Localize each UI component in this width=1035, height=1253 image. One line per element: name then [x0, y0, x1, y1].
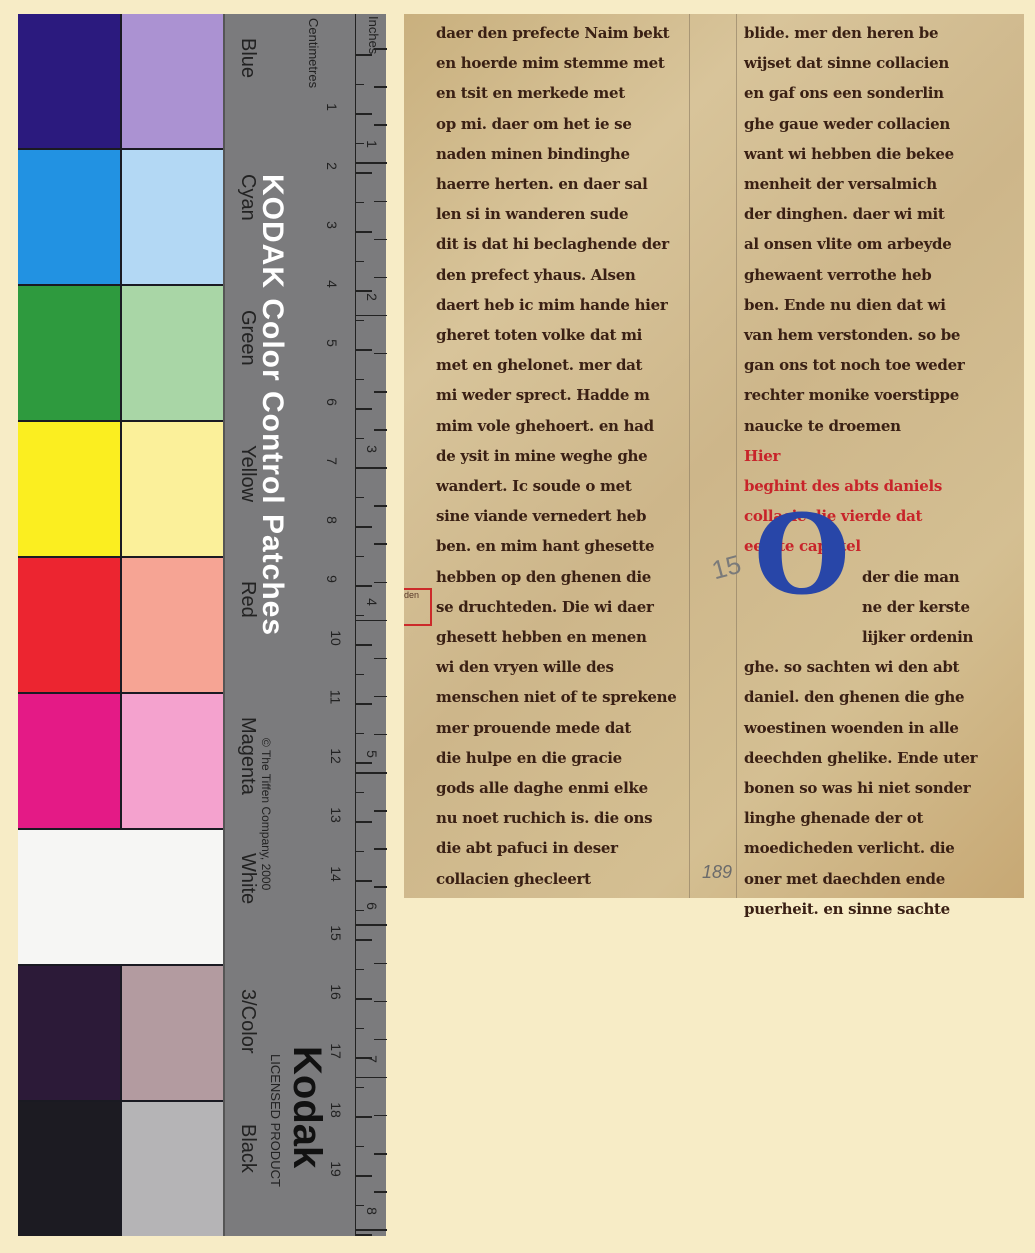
- patch-dark: [18, 830, 121, 964]
- inch-tick: [356, 924, 387, 926]
- cm-tick: [356, 172, 372, 174]
- text-line: se druchteden. Die wi daer: [436, 592, 721, 622]
- inch-tick: [374, 543, 387, 545]
- inch-tick: [374, 505, 387, 507]
- inch-tick: [356, 772, 387, 774]
- cm-number: 14: [328, 866, 344, 882]
- inch-tick: [356, 1077, 387, 1079]
- text-line: ghesett hebben en menen: [436, 622, 721, 652]
- text-line: gods alle daghe enmi elke: [436, 773, 721, 803]
- kodak-color-chart: BlueCyanGreenYellowRedMagentaWhite3/Colo…: [18, 14, 384, 1236]
- cm-tick: [356, 880, 372, 882]
- text-line: gan ons tot noch toe weder: [744, 350, 1014, 380]
- inch-tick: [374, 810, 387, 812]
- patch-light: [121, 830, 224, 964]
- inch-tick: [374, 391, 387, 393]
- inch-tick: [374, 429, 387, 431]
- margin-note: den: [404, 588, 432, 626]
- text-line: haerre herten. en daer sal: [436, 169, 721, 199]
- centimetres-label: Centimetres: [306, 18, 321, 88]
- cm-tick: [356, 1116, 372, 1118]
- patch-row-white: [18, 830, 223, 966]
- text-line: sine viande vernedert heb: [436, 501, 721, 531]
- cm-tick: [356, 408, 372, 410]
- column-rule: [736, 14, 737, 898]
- cm-tick: [356, 969, 364, 971]
- patch-row-blue: [18, 14, 223, 150]
- cm-tick: [356, 526, 372, 528]
- cm-number: 18: [328, 1102, 344, 1118]
- inch-tick: [356, 315, 387, 317]
- cm-number: 12: [328, 748, 344, 764]
- cm-number: 1: [324, 103, 340, 111]
- cm-tick: [356, 910, 364, 912]
- inch-tick: [374, 86, 387, 88]
- cm-tick: [356, 1175, 372, 1177]
- text-line: ghe gaue weder collacien: [744, 109, 1014, 139]
- cm-number: 13: [328, 807, 344, 823]
- text-line: naucke te droemen: [744, 411, 1014, 441]
- cm-number: 10: [328, 630, 344, 646]
- patch-light: [122, 14, 224, 148]
- patch-row-magenta: [18, 694, 223, 830]
- text-line: dit is dat hi beclaghende der: [436, 229, 721, 259]
- text-line: wijset dat sinne collacien: [744, 48, 1014, 78]
- text-line: linghe ghenade der ot: [744, 803, 1014, 833]
- inch-number: 4: [364, 598, 380, 606]
- cm-tick: [356, 674, 364, 676]
- text-line: op mi. daer om het ie se: [436, 109, 721, 139]
- patch-dark: [18, 558, 122, 692]
- cm-tick: [356, 1028, 364, 1030]
- inch-number: 6: [364, 902, 380, 910]
- cm-tick: [356, 379, 364, 381]
- right-column: blide. mer den heren bewijset dat sinne …: [744, 18, 1014, 924]
- inch-tick: [374, 353, 387, 355]
- cm-tick: [356, 1146, 364, 1148]
- patch-row-black: [18, 1102, 223, 1236]
- patch-label: Black: [236, 1124, 259, 1173]
- cm-tick: [356, 556, 364, 558]
- inch-tick: [374, 277, 387, 279]
- cm-number: 2: [324, 162, 340, 170]
- cm-number: 19: [328, 1161, 344, 1177]
- cm-tick: [356, 644, 372, 646]
- text-line: want wi hebben die bekee: [744, 139, 1014, 169]
- inch-tick: [374, 48, 387, 50]
- cm-tick: [356, 497, 364, 499]
- cm-tick: [356, 143, 364, 145]
- text-line: mi weder sprect. Hadde m: [436, 380, 721, 410]
- text-line: oner met daechden ende: [744, 864, 1014, 894]
- inch-tick: [356, 467, 387, 469]
- cm-number: 11: [327, 690, 343, 705]
- inch-number: 3: [364, 445, 380, 453]
- inch-number: 1: [364, 140, 380, 148]
- inch-tick: [374, 1039, 387, 1041]
- licensed-product-text: LICENSED PRODUCT: [268, 1054, 283, 1187]
- cm-tick: [356, 585, 372, 587]
- left-column: daer den prefecte Naim bekten hoerde mim…: [436, 18, 721, 894]
- manuscript-fragment: daer den prefecte Naim bekten hoerde mim…: [404, 14, 1024, 898]
- text-line: van hem verstonden. so be: [744, 320, 1014, 350]
- text-line: nu noet ruchich is. die ons: [436, 803, 721, 833]
- text-line: blide. mer den heren be: [744, 18, 1014, 48]
- text-line: der dinghen. daer wi mit: [744, 199, 1014, 229]
- cm-number: 16: [328, 984, 344, 1000]
- patch-row-yellow: [18, 422, 223, 558]
- patch-row-red: [18, 558, 223, 694]
- text-line: daert heb ic mim hande hier: [436, 290, 721, 320]
- text-line: menschen niet of te sprekene: [436, 682, 721, 712]
- inch-tick: [374, 201, 387, 203]
- text-line: daniel. den ghenen die ghe: [744, 682, 1014, 712]
- text-line: mim vole ghehoert. en had: [436, 411, 721, 441]
- cm-tick: [356, 54, 372, 56]
- text-line: daer den prefecte Naim bekt: [436, 18, 721, 48]
- text-line: en gaf ons een sonderlin: [744, 78, 1014, 108]
- text-line: en tsit en merkede met: [436, 78, 721, 108]
- inch-tick: [374, 582, 387, 584]
- inch-tick: [374, 1115, 387, 1117]
- text-line: ben. en mim hant ghesette: [436, 531, 721, 561]
- inch-number: 7: [364, 1055, 380, 1063]
- cm-number: 9: [324, 575, 340, 583]
- inch-tick: [374, 734, 387, 736]
- patch-label: 3/Color: [236, 989, 259, 1053]
- ruler: 1234567891011121314151617181912345678: [355, 14, 387, 1236]
- text-line: wi den vryen wille des: [436, 652, 721, 682]
- text-line: den prefect yhaus. Alsen: [436, 260, 721, 290]
- inch-tick: [374, 124, 387, 126]
- patch-dark: [18, 14, 122, 148]
- cm-tick: [356, 349, 372, 351]
- cm-tick: [356, 733, 364, 735]
- inch-tick: [356, 1229, 387, 1231]
- text-line: deechden ghelike. Ende uter: [744, 743, 1014, 773]
- text-line: len si in wanderen sude: [436, 199, 721, 229]
- patch-dark: [18, 1102, 122, 1236]
- inch-tick: [374, 963, 387, 965]
- cm-tick: [356, 1205, 364, 1207]
- text-line: en hoerde mim stemme met: [436, 48, 721, 78]
- cm-tick: [356, 202, 364, 204]
- cm-number: 7: [324, 457, 340, 465]
- chart-title: KODAK Color Control Patches: [255, 174, 289, 636]
- text-line: ben. Ende nu dien dat wi: [744, 290, 1014, 320]
- cm-number: 8: [324, 516, 340, 524]
- text-line: wandert. Ic soude o met: [436, 471, 721, 501]
- patch-light: [122, 286, 224, 420]
- inch-tick: [356, 620, 387, 622]
- patch-dark: [18, 150, 122, 284]
- cm-tick: [356, 792, 364, 794]
- inch-tick: [374, 848, 387, 850]
- text-line: moedicheden verlicht. die: [744, 833, 1014, 863]
- inch-tick: [374, 1191, 387, 1193]
- inch-tick: [374, 658, 387, 660]
- copyright-text: © The Tiffen Company, 2000: [259, 738, 273, 890]
- cm-tick: [356, 290, 372, 292]
- blue-initial-o: O: [754, 509, 859, 601]
- cm-tick: [356, 438, 364, 440]
- text-line: bonen so was hi niet sonder: [744, 773, 1014, 803]
- patch-dark: [18, 286, 122, 420]
- inch-number: 5: [364, 750, 380, 758]
- cm-tick: [356, 615, 364, 617]
- text-line: naden minen bindinghe: [436, 139, 721, 169]
- patch-dark: [18, 422, 122, 556]
- text-line: lijker ordenin: [744, 622, 1014, 652]
- cm-tick: [356, 231, 372, 233]
- cm-number: 6: [324, 398, 340, 406]
- text-line: menheit der versalmich: [744, 169, 1014, 199]
- patch-light: [122, 422, 224, 556]
- text-line: mer prouende mede dat: [436, 713, 721, 743]
- inch-tick: [374, 1153, 387, 1155]
- patch-label: Magenta: [236, 717, 259, 795]
- text-line: die hulpe en die gracie: [436, 743, 721, 773]
- text-line: ghe. so sachten wi den abt: [744, 652, 1014, 682]
- folio-number: 189: [702, 862, 732, 883]
- cm-tick: [356, 851, 364, 853]
- cm-tick: [356, 998, 372, 1000]
- text-line: hebben op den ghenen die: [436, 562, 721, 592]
- patch-light: [122, 966, 224, 1100]
- patch-row-green: [18, 286, 223, 422]
- text-line: die abt pafuci in deser: [436, 833, 721, 863]
- cm-number: 5: [324, 339, 340, 347]
- cm-tick: [356, 320, 364, 322]
- cm-number: 15: [328, 925, 344, 941]
- cm-tick: [356, 1234, 372, 1236]
- cm-tick: [356, 1087, 364, 1089]
- patch-label: White: [236, 853, 259, 904]
- patch-row-cyan: [18, 150, 223, 286]
- cm-tick: [356, 939, 372, 941]
- cm-tick: [356, 84, 364, 86]
- kodak-logo: Kodak: [284, 1046, 329, 1168]
- patch-label: Blue: [236, 38, 259, 78]
- text-line: ghewaent verrothe heb: [744, 260, 1014, 290]
- color-patches: [18, 14, 223, 1236]
- cm-tick: [356, 261, 364, 263]
- inch-tick: [374, 886, 387, 888]
- inch-tick: [356, 162, 387, 164]
- cm-tick: [356, 762, 372, 764]
- text-line: rechter monike voerstippe: [744, 380, 1014, 410]
- patch-light: [122, 558, 224, 692]
- text-line: met en ghelonet. mer dat: [436, 350, 721, 380]
- text-line: collacien ghecleert: [436, 864, 721, 894]
- inch-tick: [374, 239, 387, 241]
- text-line: puerheit. en sinne sachte: [744, 894, 1014, 924]
- cm-tick: [356, 113, 372, 115]
- inch-number: 8: [364, 1207, 380, 1215]
- gray-label-strip: BlueCyanGreenYellowRedMagentaWhite3/Colo…: [223, 14, 386, 1236]
- patch-dark: [18, 694, 122, 828]
- inch-tick: [374, 696, 387, 698]
- cm-tick: [356, 703, 372, 705]
- cm-number: 3: [324, 221, 340, 229]
- cm-tick: [356, 821, 372, 823]
- rubric-line: Hier: [744, 441, 1014, 471]
- text-line: woestinen woenden in alle: [744, 713, 1014, 743]
- patch-light: [122, 694, 224, 828]
- patch-light: [122, 1102, 224, 1236]
- cm-number: 17: [328, 1043, 344, 1059]
- text-line: de ysit in mine weghe ghe: [436, 441, 721, 471]
- patch-row-3-color: [18, 966, 223, 1102]
- inch-number: 2: [364, 293, 380, 301]
- patch-dark: [18, 966, 122, 1100]
- cm-number: 4: [324, 280, 340, 288]
- text-line: gheret toten volke dat mi: [436, 320, 721, 350]
- inch-tick: [374, 1001, 387, 1003]
- patch-light: [122, 150, 224, 284]
- text-line: al onsen vlite om arbeyde: [744, 229, 1014, 259]
